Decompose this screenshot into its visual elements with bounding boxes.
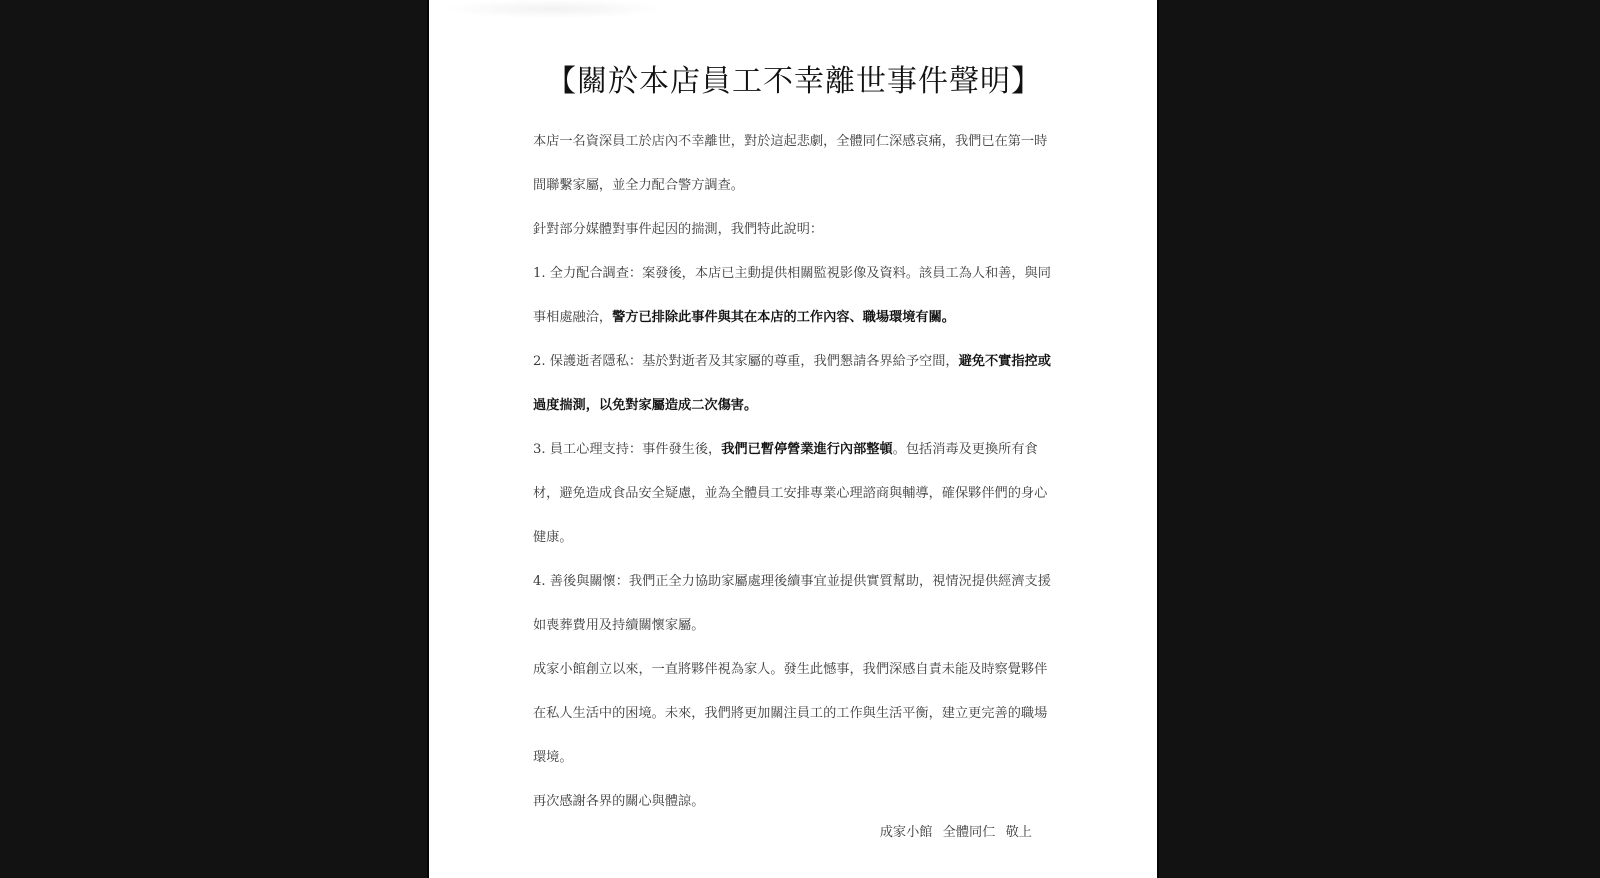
paragraph-text: 成家小館創立以來，一直將夥伴視為家人。發生此憾事，我們深感自責未能及時察覺夥伴在… — [533, 662, 1047, 765]
statement-paragraph: 針對部分媒體對事件起因的揣測，我們特此說明： — [533, 208, 1059, 252]
statement-paragraph: 2. 保護逝者隱私：基於對逝者及其家屬的尊重，我們懇請各界給予空間，避免不實指控… — [533, 340, 1059, 428]
statement-paragraph: 本店一名資深員工於店內不幸離世，對於這起悲劇，全體同仁深感哀痛，我們已在第一時間… — [533, 120, 1059, 208]
document-page: 【關於本店員工不幸離世事件聲明】 本店一名資深員工於店內不幸離世，對於這起悲劇，… — [427, 0, 1159, 878]
paragraph-text: 針對部分媒體對事件起因的揣測，我們特此說明： — [533, 222, 823, 237]
paragraph-text: 再次感謝各界的關心與體諒。 — [533, 794, 704, 809]
statement-paragraph: 1. 全力配合調查：案發後，本店已主動提供相關監視影像及資料。該員工為人和善，與… — [533, 252, 1059, 340]
emphasized-text: 警方已排除此事件與其在本店的工作內容、職場環境有關。 — [612, 310, 955, 325]
statement-paragraph: 4. 善後與關懷：我們正全力協助家屬處理後續事宜並提供實質幫助，視情況提供經濟支… — [533, 560, 1059, 648]
paragraph-text: 3. 員工心理支持：事件發生後， — [533, 442, 721, 457]
statement-paragraph: 成家小館創立以來，一直將夥伴視為家人。發生此憾事，我們深感自責未能及時察覺夥伴在… — [533, 648, 1059, 780]
emphasized-text: 我們已暫停營業進行內部整頓 — [721, 442, 892, 457]
paragraph-text: 本店一名資深員工於店內不幸離世，對於這起悲劇，全體同仁深感哀痛，我們已在第一時間… — [533, 134, 1047, 193]
scan-smudge — [449, 0, 659, 18]
statement-body: 本店一名資深員工於店內不幸離世，對於這起悲劇，全體同仁深感哀痛，我們已在第一時間… — [533, 120, 1059, 824]
paragraph-text: 。包括消毒及更換所有食材，避免造成食品安全疑慮，並為全體員工安排專業心理諮商與輔… — [533, 442, 1047, 545]
statement-paragraph: 再次感謝各界的關心與體諒。 — [533, 780, 1059, 824]
statement-title: 【關於本店員工不幸離世事件聲明】 — [429, 60, 1159, 104]
page-edge — [1157, 0, 1159, 878]
paragraph-text: 4. 善後與關懷：我們正全力協助家屬處理後續事宜並提供實質幫助，視情況提供經濟支… — [533, 574, 1051, 633]
statement-paragraph: 3. 員工心理支持：事件發生後，我們已暫停營業進行內部整頓。包括消毒及更換所有食… — [533, 428, 1059, 560]
signature: 成家小館 全體同仁 敬上 — [880, 821, 1032, 840]
paragraph-text: 2. 保護逝者隱私：基於對逝者及其家屬的尊重，我們懇請各界給予空間， — [533, 354, 959, 369]
